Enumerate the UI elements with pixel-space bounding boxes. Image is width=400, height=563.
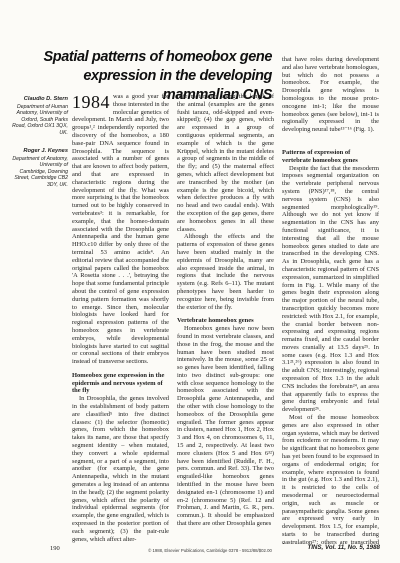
section-heading-fly: Homeobox gene expression in the epidermi…	[72, 372, 169, 395]
body-column-3: that have roles during development and a…	[282, 56, 379, 544]
author-block-stern: Claudio D. Stern Department of Human Ana…	[12, 96, 68, 136]
paragraph: Homeobox genes have now been found in mo…	[177, 325, 274, 528]
paragraph: that have roles during development and a…	[282, 56, 379, 134]
paragraph: nate metameres along the length of the a…	[177, 93, 274, 233]
author-margin: Claudio D. Stern Department of Human Ana…	[12, 96, 68, 200]
article-title-line1: Spatial patterns of homeobox gene	[16, 48, 272, 67]
author-name: Roger J. Keynes	[12, 148, 68, 155]
body-column-1: 1984was a good year for those interested…	[72, 93, 169, 543]
intro-paragraph: 1984was a good year for those interested…	[72, 93, 169, 366]
author-affiliation: Department of Human Anatomy, University …	[12, 104, 68, 137]
section-heading-patterns: Patterns of expression of vertebrate hom…	[282, 149, 379, 165]
section-heading-vertebrate: Vertebrate homeobox genes	[177, 317, 274, 325]
journal-page: Spatial patterns of homeobox gene expres…	[0, 0, 400, 563]
copyright-line: © 1988, Elsevier Publications, Cambridge…	[125, 548, 295, 553]
paragraph: Most of the mouse homeobox genes are als…	[282, 414, 379, 544]
author-name: Claudio D. Stern	[12, 96, 68, 103]
dropcap-year: 1984	[72, 94, 110, 111]
paragraph: Although the effects and the patterns of…	[177, 233, 274, 311]
author-block-keynes: Roger J. Keynes Department of Anatomy, U…	[12, 148, 68, 188]
paragraph: Despite the fact that the mesoderm impos…	[282, 165, 379, 415]
page-number: 190	[50, 545, 60, 552]
paragraph: In Drosophila, the genes involved in the…	[72, 395, 169, 543]
journal-reference: TINS, Vol. 11, No. 5, 1988	[307, 544, 380, 551]
body-column-2: nate metameres along the length of the a…	[177, 93, 274, 543]
intro-text: was a good year for those interested in …	[72, 93, 169, 365]
author-affiliation: Department of Anatomy, University of Cam…	[12, 156, 68, 189]
